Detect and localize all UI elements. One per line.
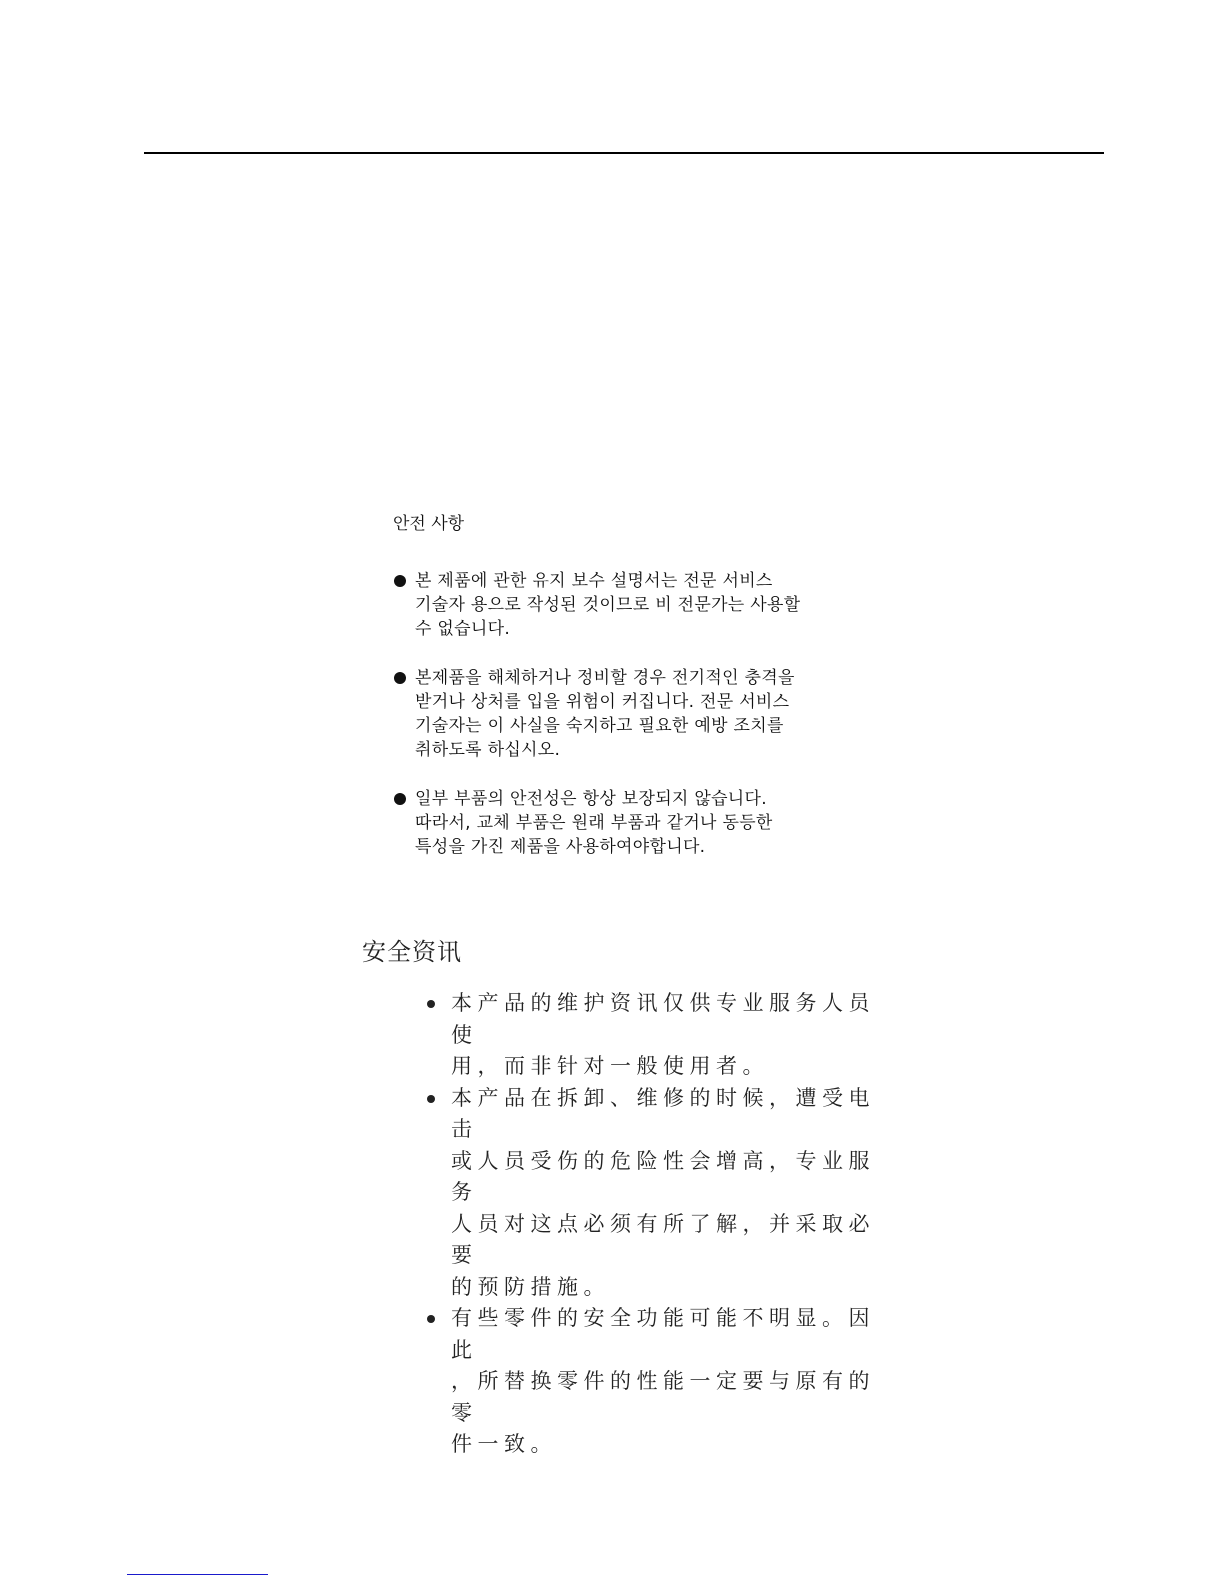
bullet-icon — [427, 1000, 435, 1008]
bullet-icon — [394, 575, 406, 587]
korean-list-item: 본제품을 해체하거나 정비할 경우 전기적인 충격을 받거나 상처를 입을 위험… — [393, 666, 863, 762]
bullet-icon — [427, 1315, 435, 1323]
chinese-list-item: 本产品的维护资讯仅供专业服务人员使 用，而非针对一般使用者。 — [424, 988, 894, 1083]
korean-safety-section: 안전 사항 본 제품에 관한 유지 보수 설명서는 전문 서비스 기술자 용으로… — [393, 512, 863, 884]
korean-list-item: 일부 부품의 안전성은 항상 보장되지 않습니다. 따라서, 교체 부품은 원래… — [393, 787, 863, 859]
chinese-item-text: 本产品的维护资讯仅供专业服务人员使 用，而非针对一般使用者。 — [451, 988, 894, 1083]
korean-section-title: 안전 사항 — [393, 512, 863, 536]
chinese-safety-section: 本产品的维护资讯仅供专业服务人员使 用，而非针对一般使用者。 本产品在拆卸、维修… — [424, 988, 894, 1461]
chinese-list-item: 本产品在拆卸、维修的时候，遭受电击 或人员受伤的危险性会增高，专业服务 人员对这… — [424, 1083, 894, 1304]
bullet-icon — [394, 672, 406, 684]
header-rule — [144, 152, 1104, 154]
chinese-list-item: 有些零件的安全功能可能不明显。因此 ，所替换零件的性能一定要与原有的零 件一致。 — [424, 1303, 894, 1461]
korean-item-text: 일부 부품의 안전성은 항상 보장되지 않습니다. 따라서, 교체 부품은 원래… — [415, 787, 863, 859]
korean-list-item: 본 제품에 관한 유지 보수 설명서는 전문 서비스 기술자 용으로 작성된 것… — [393, 569, 863, 641]
chinese-item-text: 有些零件的安全功能可能不明显。因此 ，所替换零件的性能一定要与原有的零 件一致。 — [451, 1303, 894, 1461]
footer-link-underline[interactable] — [127, 1574, 268, 1575]
chinese-item-text: 本产品在拆卸、维修的时候，遭受电击 或人员受伤的危险性会增高，专业服务 人员对这… — [451, 1083, 894, 1304]
korean-item-text: 본 제품에 관한 유지 보수 설명서는 전문 서비스 기술자 용으로 작성된 것… — [415, 569, 863, 641]
bullet-icon — [394, 793, 406, 805]
bullet-icon — [427, 1095, 435, 1103]
korean-item-text: 본제품을 해체하거나 정비할 경우 전기적인 충격을 받거나 상처를 입을 위험… — [415, 666, 863, 762]
chinese-section-title: 安全资讯 — [362, 932, 462, 967]
